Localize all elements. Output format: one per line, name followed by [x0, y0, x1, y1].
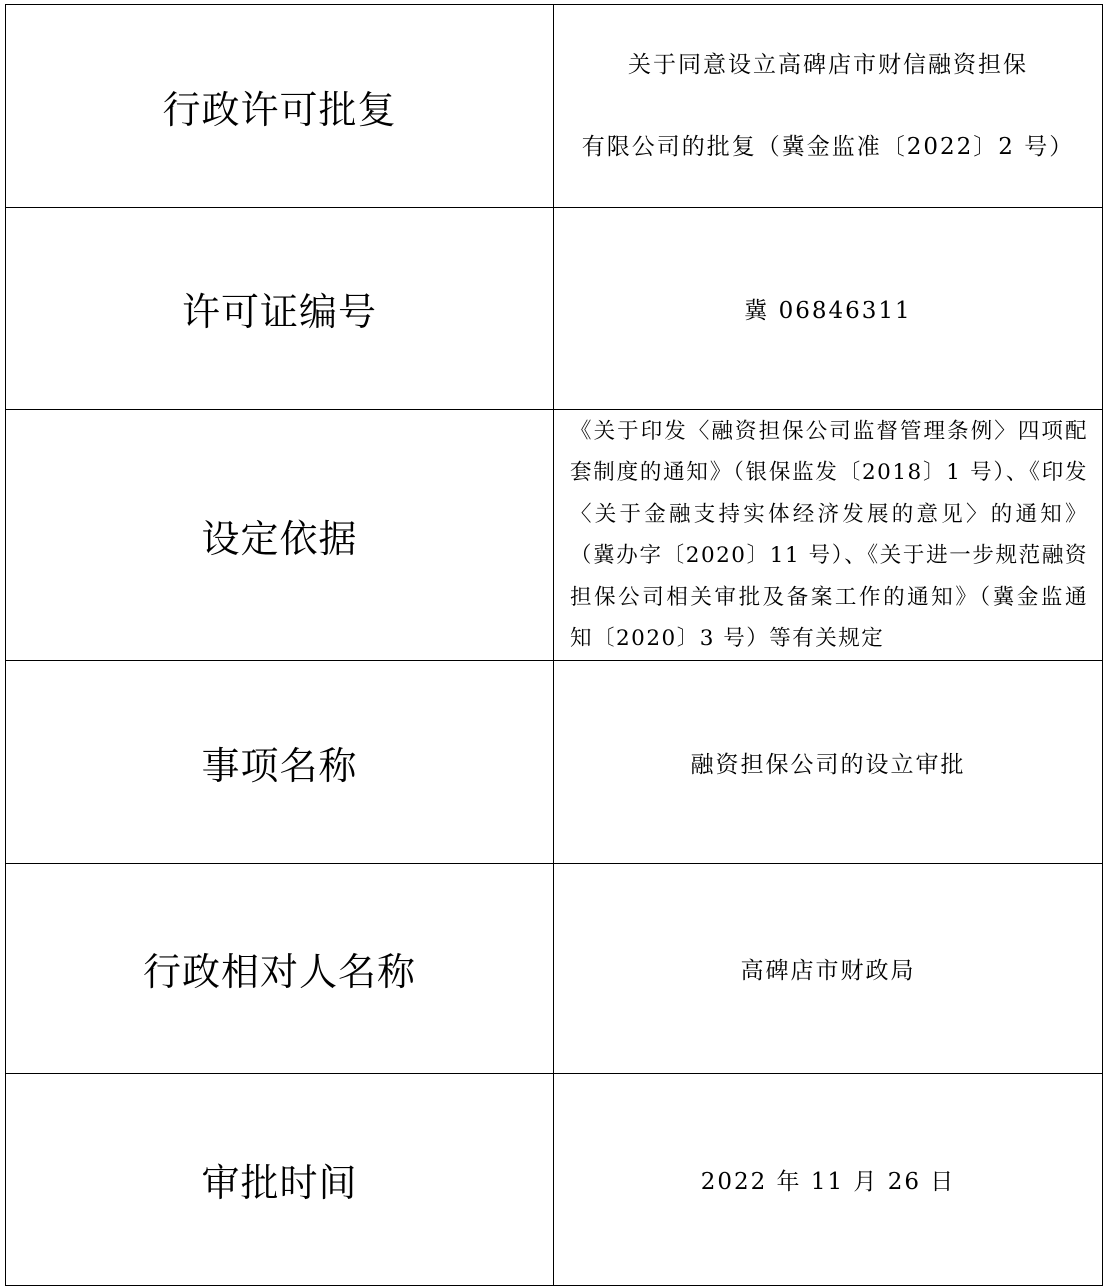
approval-info-table: 行政许可批复 关于同意设立高碑店市财信融资担保 有限公司的批复（冀金监准〔202… [5, 4, 1103, 1286]
value-approval-date: 2022 年 11 月 26 日 [554, 1074, 1103, 1286]
label-legal-basis: 设定依据 [6, 410, 554, 661]
label-approval-document: 行政许可批复 [6, 5, 554, 208]
table-row-approval-document: 行政许可批复 关于同意设立高碑店市财信融资担保 有限公司的批复（冀金监准〔202… [6, 5, 1103, 208]
table-row-counterparty: 行政相对人名称 高碑店市财政局 [6, 864, 1103, 1074]
label-license-number: 许可证编号 [6, 208, 554, 410]
table-row-legal-basis: 设定依据 《关于印发〈融资担保公司监督管理条例〉四项配套制度的通知》（银保监发〔… [6, 410, 1103, 661]
label-approval-date: 审批时间 [6, 1074, 554, 1286]
value-legal-basis: 《关于印发〈融资担保公司监督管理条例〉四项配套制度的通知》（银保监发〔2018〕… [554, 410, 1103, 661]
approval-document-line-1: 关于同意设立高碑店市财信融资担保 [554, 24, 1102, 106]
value-counterparty: 高碑店市财政局 [554, 864, 1103, 1074]
table-row-item-name: 事项名称 融资担保公司的设立审批 [6, 661, 1103, 864]
table-row-approval-date: 审批时间 2022 年 11 月 26 日 [6, 1074, 1103, 1286]
value-license-number: 冀 06846311 [554, 208, 1103, 410]
label-item-name: 事项名称 [6, 661, 554, 864]
approval-document-line-2: 有限公司的批复（冀金监准〔2022〕2 号） [554, 106, 1102, 188]
value-approval-document: 关于同意设立高碑店市财信融资担保 有限公司的批复（冀金监准〔2022〕2 号） [554, 5, 1103, 208]
label-counterparty: 行政相对人名称 [6, 864, 554, 1074]
value-item-name: 融资担保公司的设立审批 [554, 661, 1103, 864]
table-row-license-number: 许可证编号 冀 06846311 [6, 208, 1103, 410]
